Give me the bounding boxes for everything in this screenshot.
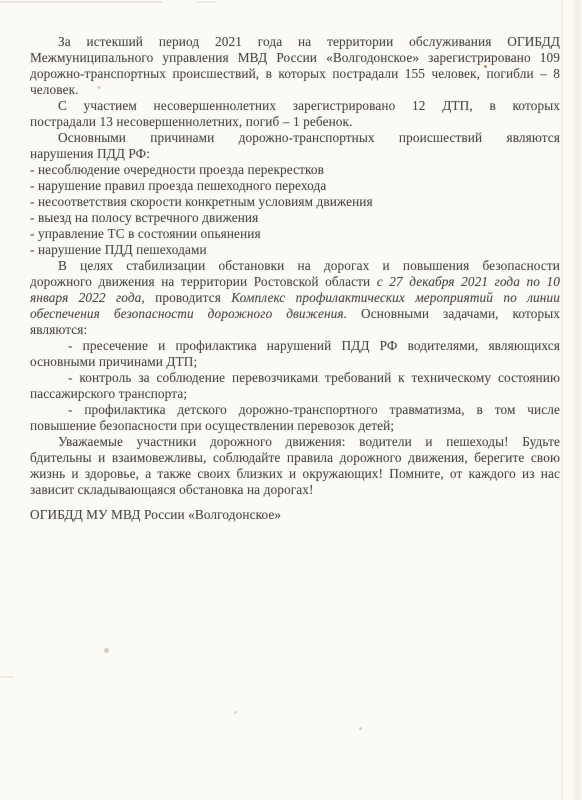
text-line: За истекший период 2021 года на территор… xyxy=(30,34,560,50)
text-line: дорожного движения на территории Ростовс… xyxy=(30,274,560,290)
text-line: нарушения ПДД РФ: xyxy=(30,146,560,162)
paragraphs-container: За истекший период 2021 года на территор… xyxy=(30,34,560,498)
text-line: человек. xyxy=(30,82,560,98)
text-line: повышение безопасности при осуществлении… xyxy=(30,418,560,434)
scan-speck xyxy=(104,648,109,653)
document-body: За истекший период 2021 года на территор… xyxy=(30,34,560,523)
scan-smudge xyxy=(0,676,14,678)
text-line: С участием несовершеннолетних зарегистри… xyxy=(30,98,560,114)
text-line: - выезд на полосу встречного движения xyxy=(30,210,560,226)
p-causes-intro: Основными причинами дорожно-транспортных… xyxy=(30,130,560,162)
scan-speck xyxy=(359,727,362,730)
text-line: пассажирского транспорта; xyxy=(30,386,560,402)
scan-artifact-right-edge-line xyxy=(561,0,563,800)
p-task-2: - контроль за соблюдение перевозчиками т… xyxy=(30,370,560,402)
p-campaign: В целях стабилизации обстановки на дорог… xyxy=(30,258,560,338)
text-line: - профилактика детского дорожно-транспор… xyxy=(30,402,560,418)
text-line: - несоответствия скорости конкретным усл… xyxy=(30,194,560,210)
text-line: - контроль за соблюдение перевозчиками т… xyxy=(30,370,560,386)
text-segment: дорожного движения на территории Ростовс… xyxy=(30,274,377,289)
scan-artifact-top-edge-line xyxy=(196,1,216,3)
text-line: В целях стабилизации обстановки на дорог… xyxy=(30,258,560,274)
italic-text-segment: января 2022 года, xyxy=(30,290,145,305)
scan-artifact-right-edge-shadow xyxy=(572,0,582,800)
text-line: Основными причинами дорожно-транспортных… xyxy=(30,130,560,146)
text-line: - нарушение правил проезда пешеходного п… xyxy=(30,178,560,194)
italic-text-segment: Комплекс профилактических мероприятий по… xyxy=(231,290,560,305)
text-segment: проводится xyxy=(145,290,231,305)
text-line: - нарушение ПДД пешеходами xyxy=(30,242,560,258)
causes-list: - несоблюдение очередности проезда перек… xyxy=(30,162,560,258)
italic-text-segment: с 27 декабря 2021 года по 10 xyxy=(377,274,560,289)
text-line: являются: xyxy=(30,322,560,338)
text-line: Уважаемые участники дорожного движения: … xyxy=(30,434,560,450)
text-line: основными причинами ДТП; xyxy=(30,354,560,370)
text-line: жизнь и здоровье, а также своих близких … xyxy=(30,466,560,482)
p-appeal: Уважаемые участники дорожного движения: … xyxy=(30,434,560,498)
text-line: дорожно-транспортных происшествий, в кот… xyxy=(30,66,560,82)
p-summary: За истекший период 2021 года на территор… xyxy=(30,34,560,98)
text-line: обеспечения безопасности дорожного движе… xyxy=(30,306,560,322)
text-line: - пресечение и профилактика нарушений ПД… xyxy=(30,338,560,354)
text-line: пострадали 13 несовершеннолетних, погиб … xyxy=(30,114,560,130)
scanned-document-page: За истекший период 2021 года на территор… xyxy=(0,0,582,800)
text-line: - несоблюдение очередности проезда перек… xyxy=(30,162,560,178)
signature-line: ОГИБДД МУ МВД России «Волгодонское» xyxy=(30,507,560,523)
scan-speck xyxy=(234,711,237,714)
text-segment: Основными задачами, которых xyxy=(347,306,560,321)
scan-artifact-top-edge-line xyxy=(0,1,162,3)
text-line: бдительны и взаимовежливы, соблюдайте пр… xyxy=(30,450,560,466)
text-line: Межмуниципального управления МВД России … xyxy=(30,50,560,66)
italic-text-segment: обеспечения безопасности дорожного движе… xyxy=(30,306,347,321)
p-task-1: - пресечение и профилактика нарушений ПД… xyxy=(30,338,560,370)
p-task-3: - профилактика детского дорожно-транспор… xyxy=(30,402,560,434)
p-minors: С участием несовершеннолетних зарегистри… xyxy=(30,98,560,130)
text-line: зависит складывающаяся обстановка на дор… xyxy=(30,482,560,498)
text-line: января 2022 года, проводится Комплекс пр… xyxy=(30,290,560,306)
text-line: - управление ТС в состоянии опьянения xyxy=(30,226,560,242)
